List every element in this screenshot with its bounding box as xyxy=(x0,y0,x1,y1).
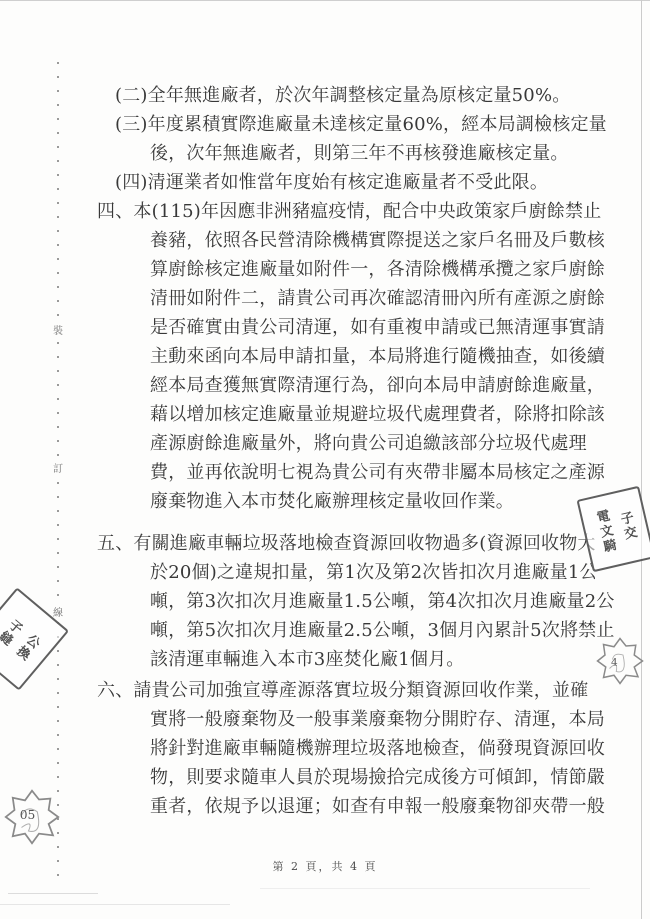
text-line: 於20個)之違規扣量，第1次及第2次皆扣次月進廠量1公 xyxy=(0,558,650,587)
scalloped-stamp-icon: 05 xyxy=(4,786,60,848)
text-line: 五、有關進廠車輛垃圾落地檢查資源回收物過多(資源回收物大 xyxy=(0,529,650,558)
scan-top-edge-line xyxy=(0,0,650,1)
scan-artifact xyxy=(0,904,230,905)
text-line: 後，次年無進廠者，則第三年不再核發進廠核定量。 xyxy=(0,139,650,168)
text-line: 費，並再依說明七視為貴公司有夾帶非屬本局核定之產源 xyxy=(0,458,650,487)
text-line: 經本局查獲無實際清運行為，卻向本局申請廚餘進廠量， xyxy=(0,371,650,400)
text-line: (三)年度累積實際進廠量未達核定量60%，經本局調檢核定量 xyxy=(0,110,650,139)
text-line: 噸，第5次扣次月進廠量2.5公噸，3個月內累計5次將禁止 xyxy=(0,616,650,645)
page-count-stamp-left: 05 xyxy=(4,786,60,848)
document-body: (二)全年無進廠者，於次年調整核定量為原核定量50%。 (三)年度累積實際進廠量… xyxy=(0,81,650,821)
text-line: 將針對進廠車輛隨機辦理垃圾落地檢查，倘發現資源回收 xyxy=(0,734,650,763)
text-line: 是否確實由貴公司清運，如有重複申請或已無清運事實請 xyxy=(0,313,650,342)
text-line: 該清運車輛進入本市3座焚化廠1個月。 xyxy=(0,645,650,674)
text-line: 養豬，依照各民營清除機構實際提送之家戶名冊及戶數核 xyxy=(0,226,650,255)
text-line: 物，則要求隨車人員於現場撿拾完成後方可傾卸，情節嚴 xyxy=(0,763,650,792)
scan-artifact xyxy=(260,888,590,889)
page-count-stamp-right: 4 xyxy=(596,628,644,694)
text-line: 廢棄物進入本市焚化廠辦理核定量收回作業。 xyxy=(0,487,650,516)
scan-artifact xyxy=(8,893,98,894)
text-line: 清冊如附件二，請貴公司再次確認清冊內所有產源之廚餘 xyxy=(0,284,650,313)
text-line: 算廚餘核定進廠量如附件一，各清除機構承攬之家戶廚餘 xyxy=(0,255,650,284)
text-line: 六、請貴公司加強宣導產源落實垃圾分類資源回收作業，並確 xyxy=(0,676,650,705)
scalloped-stamp-icon: 4 xyxy=(596,628,644,694)
text-line: 噸，第3次扣次月進廠量1.5公噸，第4次扣次月進廠量2公 xyxy=(0,587,650,616)
stamp-number: 05 xyxy=(20,808,36,822)
stamp-number: 4 xyxy=(611,657,618,669)
text-line: 產源廚餘進廠量外，將向貴公司追繳該部分垃圾代處理 xyxy=(0,429,650,458)
scanned-document-page: 裝 訂 線 (二)全年無進廠者，於次年調整核定量為原核定量50%。 (三)年度累… xyxy=(0,0,650,919)
text-line: 藉以增加核定進廠量並規避垃圾代處理費者，除將扣除該 xyxy=(0,400,650,429)
text-line: (四)清運業者如惟當年度始有核定進廠量者不受此限。 xyxy=(0,168,650,197)
text-line: 主動來函向本局申請扣量，本局將進行隨機抽查，如後續 xyxy=(0,342,650,371)
text-line: (二)全年無進廠者，於次年調整核定量為原核定量50%。 xyxy=(0,81,650,110)
text-line: 四、本(115)年因應非洲豬瘟疫情，配合中央政策家戶廚餘禁止 xyxy=(0,197,650,226)
text-line: 重者，依規予以退運；如查有申報一般廢棄物卻夾帶一般 xyxy=(0,792,650,821)
seal-column: 子交 xyxy=(615,510,640,544)
text-line: 實將一般廢棄物及一般事業廢棄物分開貯存、清運，本局 xyxy=(0,705,650,734)
page-footer: 第 2 頁，共 4 頁 xyxy=(0,858,650,874)
